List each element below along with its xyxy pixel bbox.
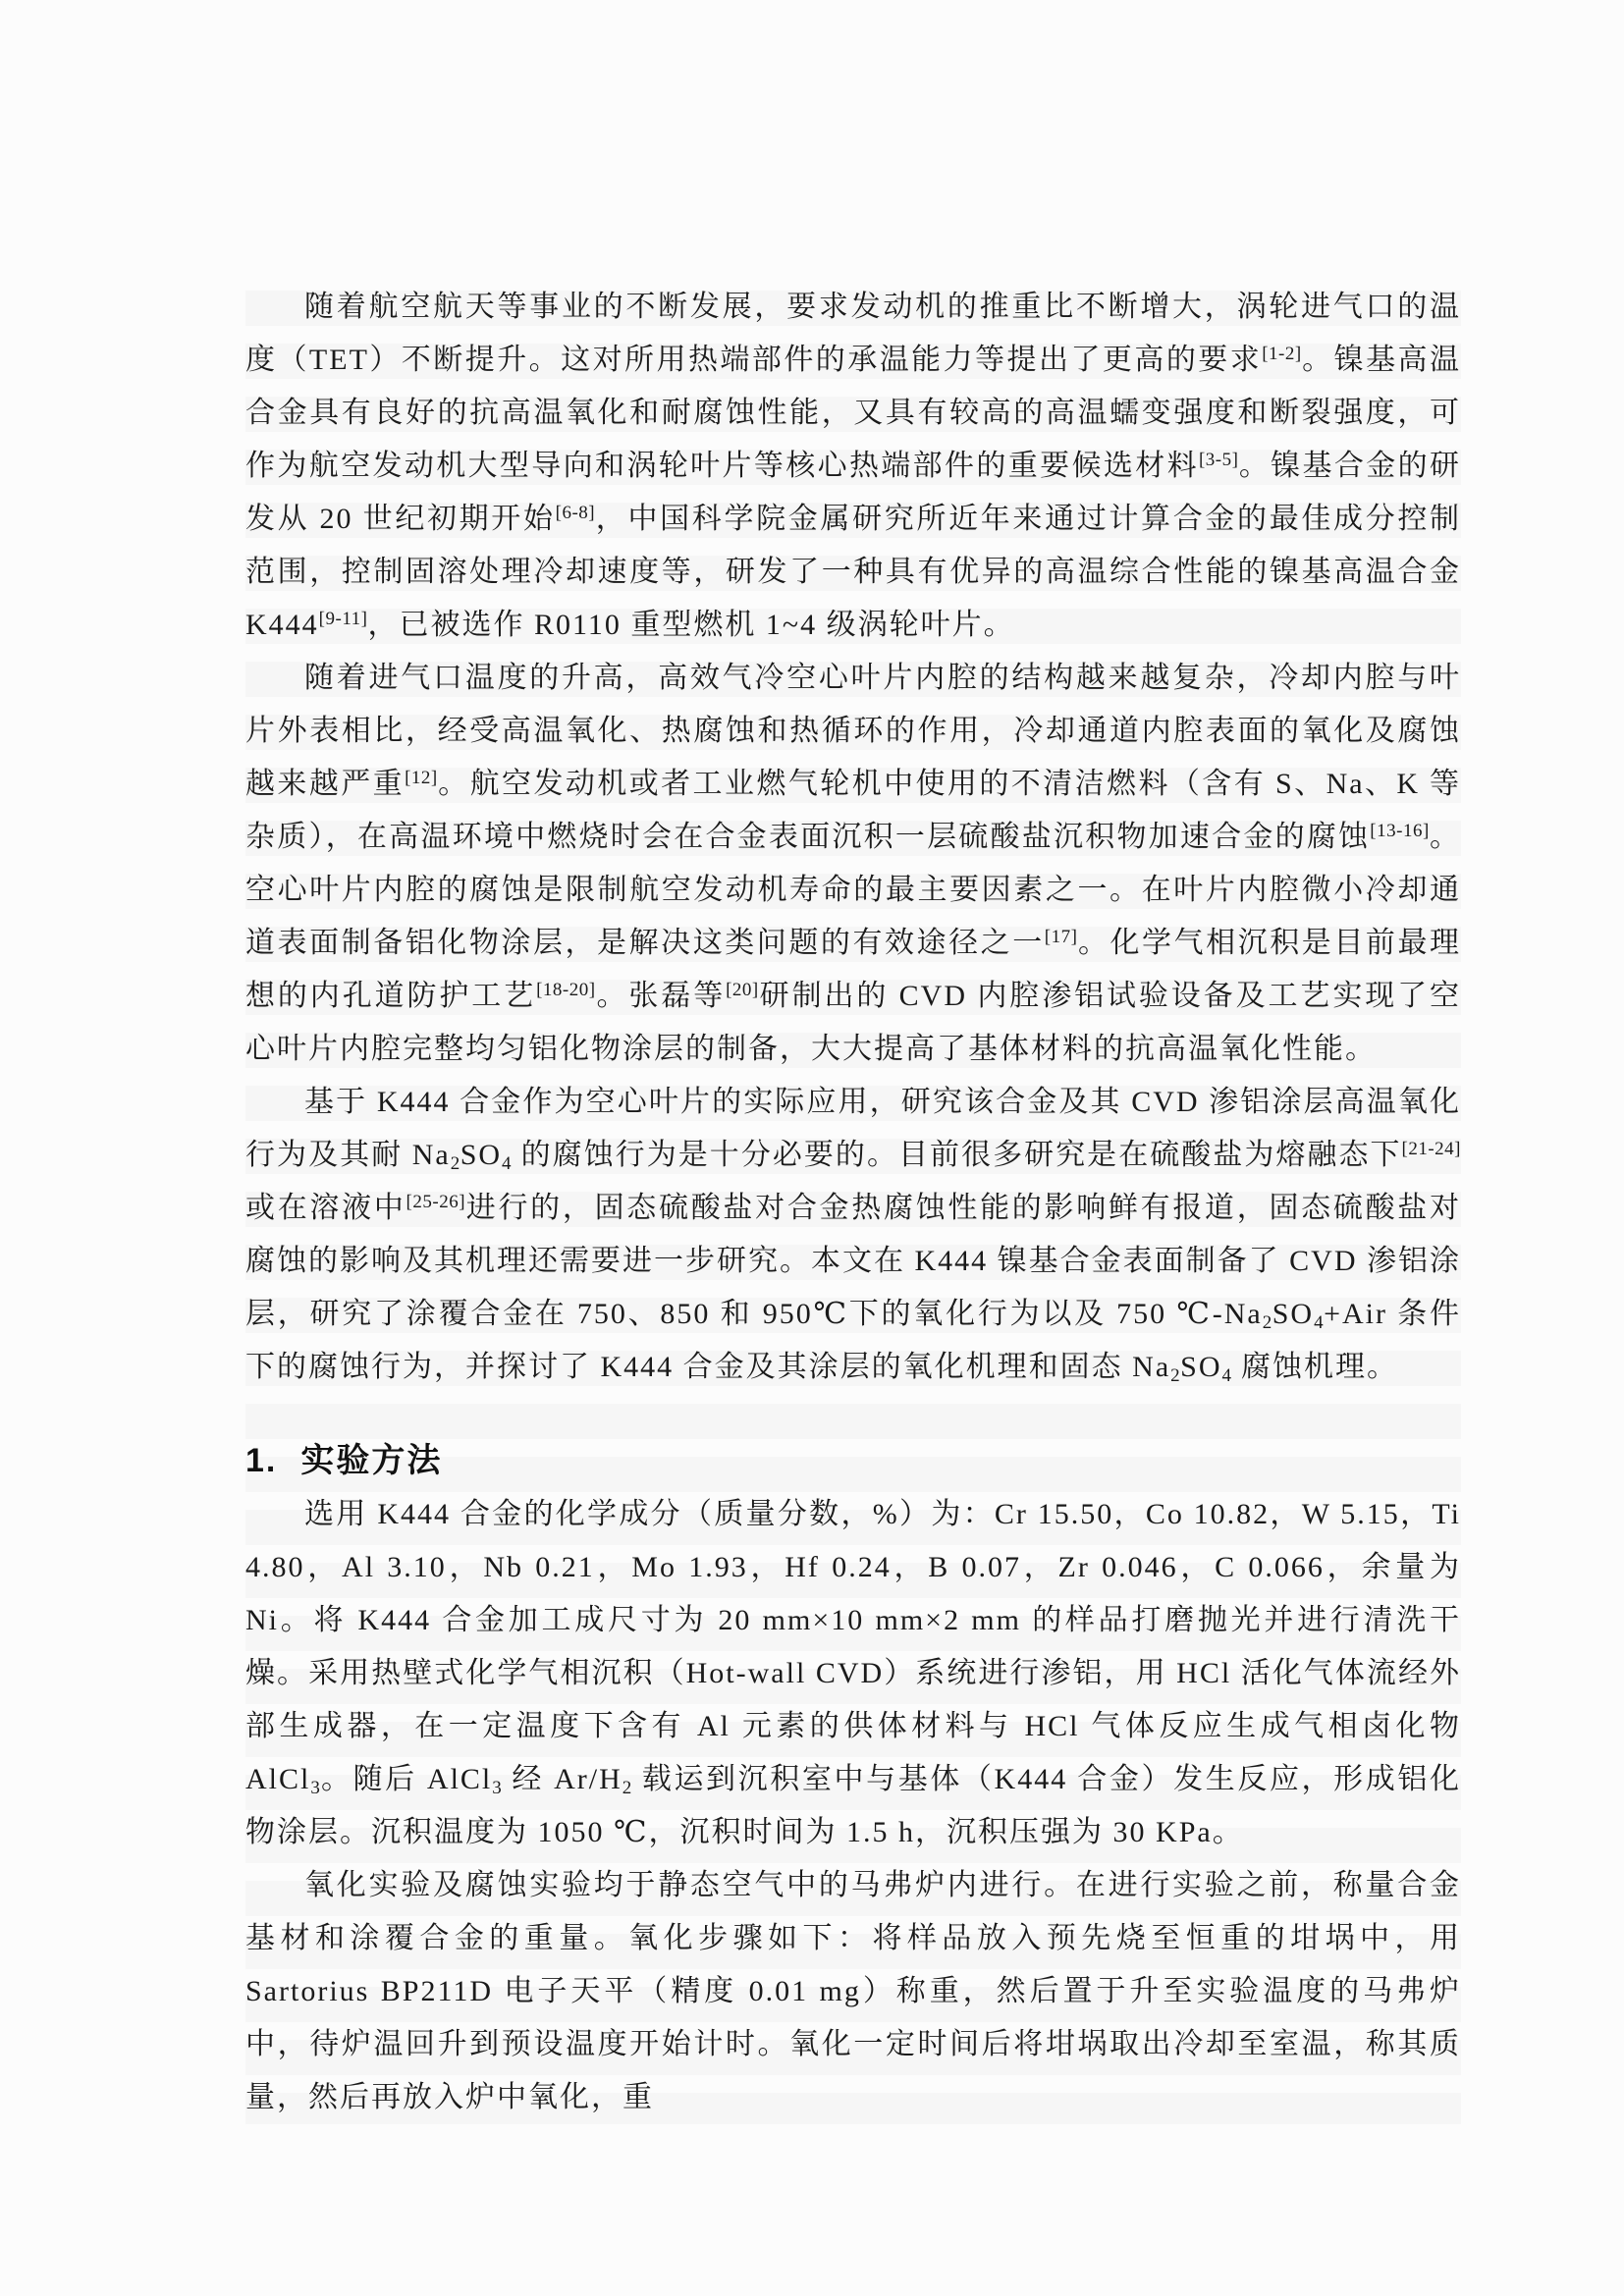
citation-superscript: [21-24] <box>1402 1139 1461 1159</box>
chemical-subscript: 4 <box>502 1153 512 1174</box>
citation-superscript: [25-26] <box>406 1192 465 1212</box>
chemical-subscript: 2 <box>1263 1312 1272 1333</box>
chemical-subscript: 4 <box>1314 1312 1324 1333</box>
citation-superscript: [17] <box>1045 927 1078 947</box>
citation-superscript: [1-2] <box>1262 344 1301 364</box>
text-run: ，已被选作 R0110 重型燃机 1~4 级涡轮叶片。 <box>367 609 1014 641</box>
text-run: 选用 K444 合金的化学成分（质量分数，%）为：Cr 15.50，Co 10.… <box>245 1498 1461 1795</box>
paragraph: 随着航空航天等事业的不断发展，要求发动机的推重比不断增大，涡轮进气口的温度（TE… <box>245 281 1461 652</box>
citation-superscript: [12] <box>405 768 438 788</box>
text-run: 的腐蚀行为是十分必要的。目前很多研究是在硫酸盐为熔融态下 <box>512 1139 1401 1171</box>
text-run: 或在溶液中 <box>245 1192 406 1224</box>
citation-superscript: [20] <box>726 980 759 1000</box>
section-title: 实验方法 <box>300 1442 442 1479</box>
chemical-subscript: 4 <box>1222 1365 1232 1386</box>
text-run: SO <box>1180 1351 1221 1383</box>
paragraph: 随着进气口温度的升高，高效气冷空心叶片内腔的结构越来越复杂，冷却内腔与叶片外表相… <box>245 652 1461 1076</box>
citation-superscript: [3-5] <box>1199 450 1238 470</box>
chemical-subscript: 3 <box>310 1778 320 1798</box>
chemical-subscript: 2 <box>623 1778 632 1798</box>
text-run: 腐蚀机理。 <box>1232 1351 1399 1383</box>
text-run: 氧化实验及腐蚀实验均于静态空气中的马弗炉内进行。在进行实验之前，称量合金基材和涂… <box>245 1869 1461 2113</box>
section-heading: 1.实验方法 <box>245 1433 1461 1488</box>
citation-superscript: [9-11] <box>319 609 368 629</box>
document-page: 随着航空航天等事业的不断发展，要求发动机的推重比不断增大，涡轮进气口的温度（TE… <box>0 0 1624 2296</box>
paragraph: 基于 K444 合金作为空心叶片的实际应用，研究该合金及其 CVD 渗铝涂层高温… <box>245 1076 1461 1394</box>
text-run: 经 Ar/H <box>502 1763 622 1795</box>
paragraph: 氧化实验及腐蚀实验均于静态空气中的马弗炉内进行。在进行实验之前，称量合金基材和涂… <box>245 1859 1461 2124</box>
chemical-subscript: 2 <box>1170 1365 1180 1386</box>
citation-superscript: [6-8] <box>556 503 595 523</box>
chemical-subscript: 3 <box>492 1778 502 1798</box>
text-run: SO <box>460 1139 502 1171</box>
text-run: 。随后 AlCl <box>320 1763 492 1795</box>
citation-superscript: [18-20] <box>536 980 595 1000</box>
document-body: 随着航空航天等事业的不断发展，要求发动机的推重比不断增大，涡轮进气口的温度（TE… <box>245 281 1461 2124</box>
citation-superscript: [13-16] <box>1370 821 1429 841</box>
text-run: SO <box>1272 1298 1314 1330</box>
chemical-subscript: 2 <box>451 1153 460 1174</box>
paragraph: 选用 K444 合金的化学成分（质量分数，%）为：Cr 15.50，Co 10.… <box>245 1488 1461 1859</box>
text-run: 。张磊等 <box>596 980 727 1012</box>
section-number: 1. <box>245 1442 277 1479</box>
